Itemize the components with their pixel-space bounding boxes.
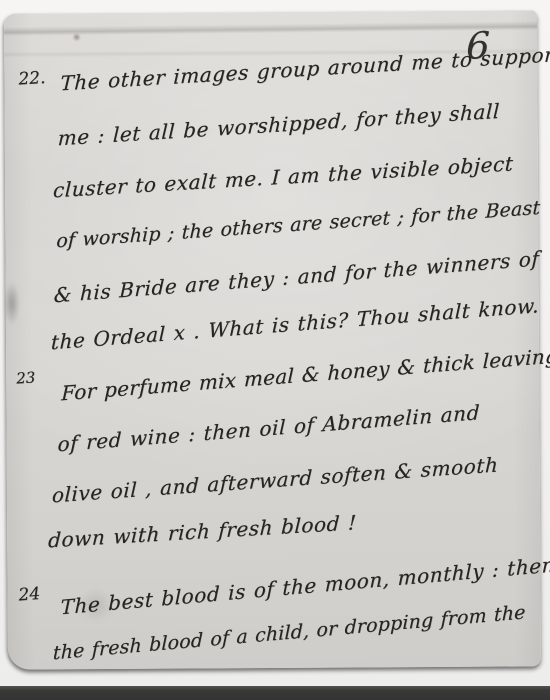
manuscript-line: down with rich fresh blood !	[48, 510, 358, 552]
paper-crease	[4, 21, 537, 36]
manuscript-page: 6 22. The other images group around me t…	[4, 10, 541, 669]
manuscript-line: olive oil , and afterward soften & smoot…	[52, 452, 499, 507]
manuscript-line: For perfume mix meal & honey & thick lea…	[61, 343, 550, 406]
manuscript-line: of worship ; the others are secret ; for…	[56, 197, 541, 253]
manuscript-line: the Ordeal x . What is this? Thou shalt …	[51, 293, 540, 354]
manuscript-line: of red wine : then oil of Abramelin and	[57, 400, 480, 456]
verse-number: 22.	[18, 68, 46, 90]
paper-stain	[4, 282, 20, 326]
photo-edge-band	[0, 686, 550, 700]
verse-number: 24	[18, 584, 41, 606]
paper-stain	[72, 33, 81, 41]
manuscript-line: cluster to exalt me. I am the visible ob…	[53, 151, 515, 202]
manuscript-photo: 6 22. The other images group around me t…	[0, 0, 550, 700]
manuscript-line: me : let all be worshipped, for they sha…	[57, 99, 500, 151]
verse-number: 23	[16, 368, 36, 387]
